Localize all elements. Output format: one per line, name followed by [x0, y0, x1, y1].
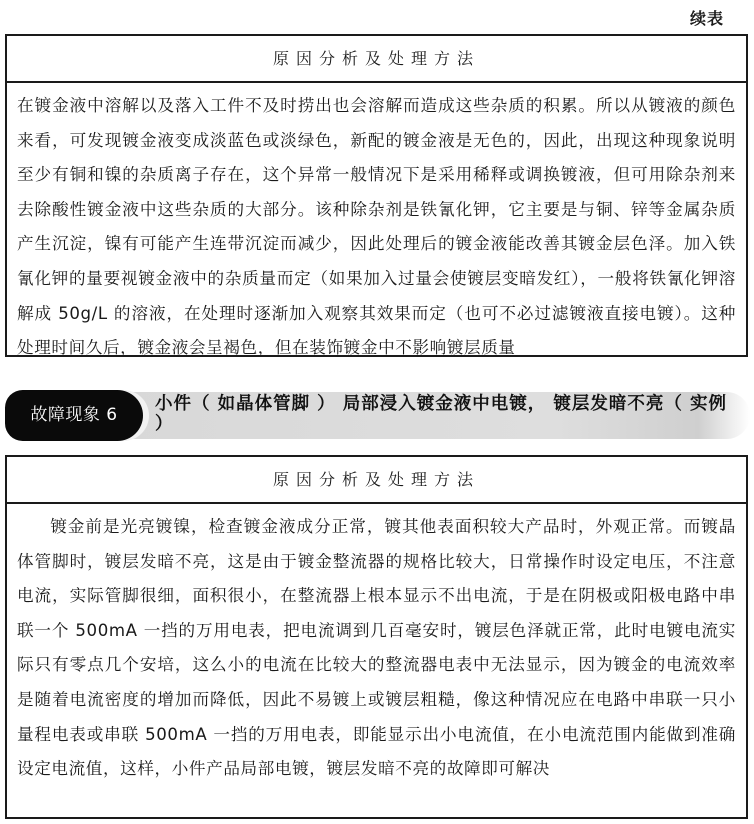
table-body-text: 镀金前是光亮镀镍，检查镀金液成分正常，镀其他表面积较大产品时，外观正常。而镀晶体… — [7, 504, 746, 795]
analysis-table-2: 原因分析及处理方法 镀金前是光亮镀镍，检查镀金液成分正常，镀其他表面积较大产品时… — [5, 455, 748, 819]
fault-number-badge: 故障现象 6 — [5, 390, 143, 441]
table-body-text: 在镀金液中溶解以及落入工件不及时捞出也会溶解而造成这些杂质的积累。所以从镀液的颜… — [7, 83, 746, 374]
fault-title: 小件（ 如晶体管脚 ） 局部浸入镀金液中电镀， 镀层发暗不亮（ 实例 ） — [155, 394, 740, 434]
analysis-table-1: 原因分析及处理方法 在镀金液中溶解以及落入工件不及时捞出也会溶解而造成这些杂质的… — [5, 34, 748, 357]
fault-phenomenon-banner: 故障现象 6 小件（ 如晶体管脚 ） 局部浸入镀金液中电镀， 镀层发暗不亮（ 实… — [5, 390, 750, 441]
table-header: 原因分析及处理方法 — [7, 36, 746, 83]
continued-table-label: 续表 — [690, 6, 724, 29]
table-header: 原因分析及处理方法 — [7, 457, 746, 504]
